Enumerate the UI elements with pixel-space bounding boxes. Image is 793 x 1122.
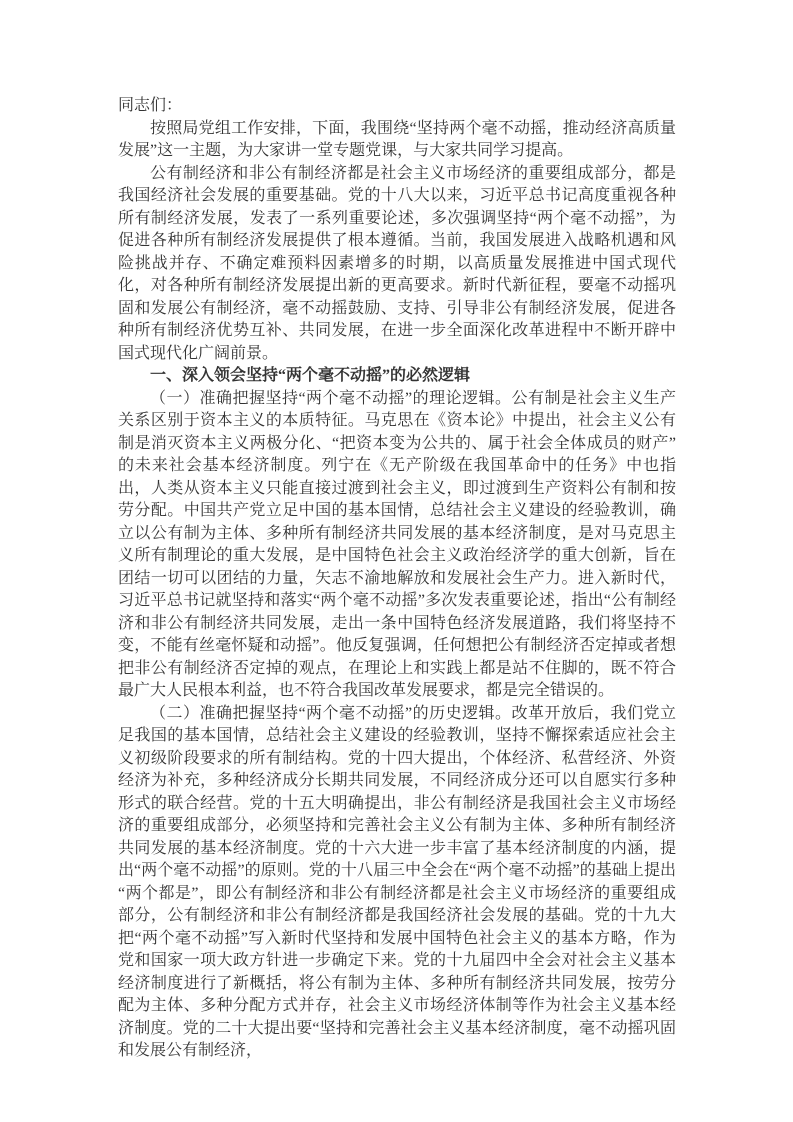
salutation: 同志们： xyxy=(118,95,676,118)
paragraph-intro: 按照局党组工作安排，下面，我围绕“坚持两个毫不动摇，推动经济高质量发展”这一主题… xyxy=(118,118,676,163)
paragraph-history-logic: （二）准确把握坚持“两个毫不动摇”的历史逻辑。改革开放后，我们党立足我国的基本国… xyxy=(118,703,676,1063)
paragraph-theory-logic: （一）准确把握坚持“两个毫不动摇”的理论逻辑。公有制是社会主义生产关系区别于资本… xyxy=(118,388,676,703)
section-heading-1: 一、深入领会坚持“两个毫不动摇”的必然逻辑 xyxy=(118,365,676,388)
document-page: 同志们： 按照局党组工作安排，下面，我围绕“坚持两个毫不动摇，推动经济高质量发展… xyxy=(0,0,793,1122)
paragraph-background: 公有制经济和非公有制经济都是社会主义市场经济的重要组成部分，都是我国经济社会发展… xyxy=(118,163,676,366)
